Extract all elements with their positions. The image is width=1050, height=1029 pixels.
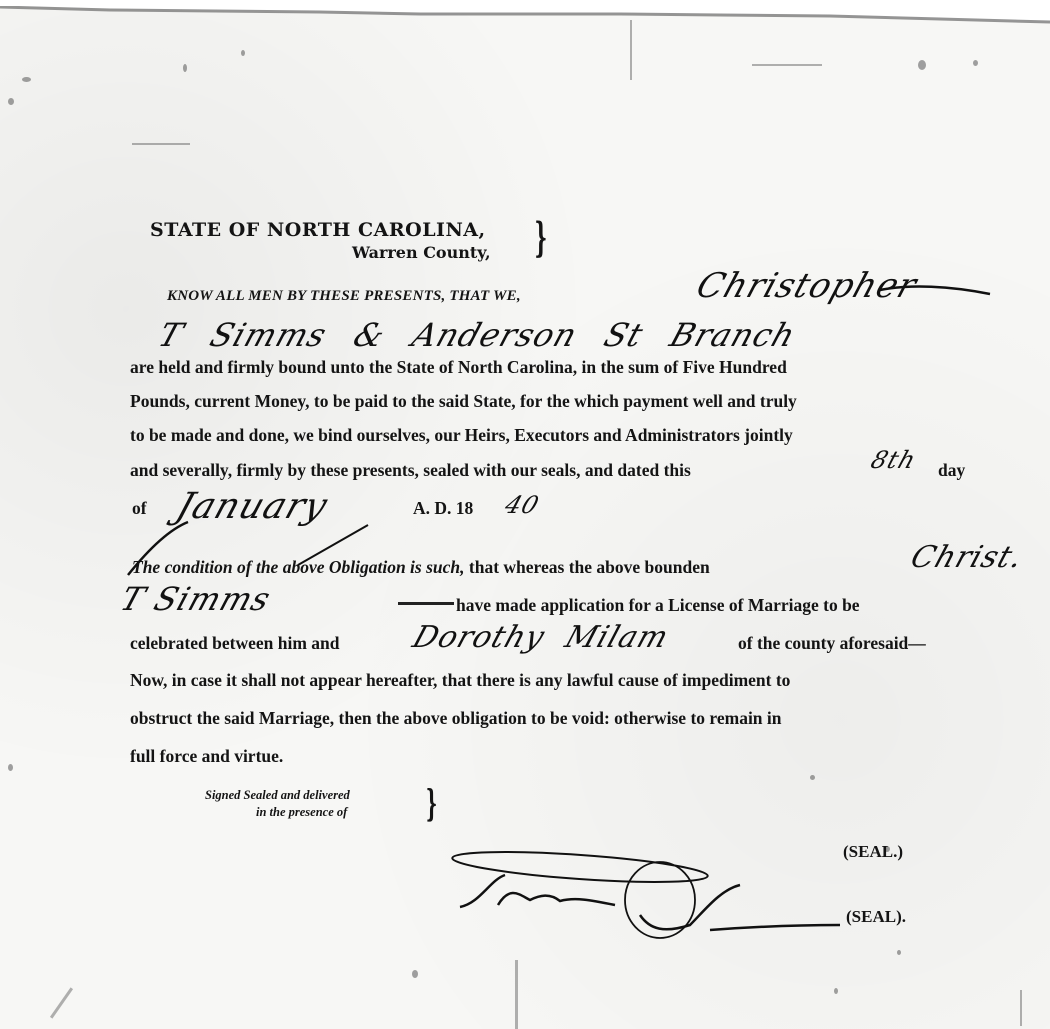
struck-through-word: [398, 602, 454, 605]
scan-scratch: [1020, 990, 1022, 1026]
scan-speck: [810, 775, 815, 780]
witness-line-2: in the presence of: [256, 805, 347, 820]
scan-speck: [183, 64, 187, 72]
scan-scratch: [132, 143, 190, 145]
page-top-edge: [0, 0, 1050, 24]
scan-speck: [412, 970, 418, 978]
condition-line-3a: celebrated between him and: [130, 633, 340, 654]
condition-line-6: full force and virtue.: [130, 746, 283, 767]
body-line-4: and severally, firmly by these presents,…: [130, 460, 691, 481]
scan-speck: [8, 98, 14, 105]
body-line-1: are held and firmly bound unto the State…: [130, 357, 787, 378]
body-line-3: to be made and done, we bind ourselves, …: [130, 425, 793, 446]
handwritten-flourish: [118, 520, 378, 580]
body-line-2: Pounds, current Money, to be paid to the…: [130, 391, 797, 412]
scan-speck: [918, 60, 926, 70]
handwritten-bounden-name: Christ.: [906, 540, 1028, 575]
condition-line-4: Now, in case it shall not appear hereaft…: [130, 670, 790, 691]
handwritten-day: 8th: [867, 446, 919, 474]
county-heading: Warren County,: [352, 243, 491, 262]
condition-line-5: obstruct the said Marriage, then the abo…: [130, 708, 782, 729]
handwritten-bride-name: Dorothy Milam: [408, 620, 673, 655]
handwritten-year: 40: [501, 491, 543, 519]
seal-2: (SEAL).: [846, 907, 906, 927]
scan-speck: [8, 764, 13, 771]
witness-brace: }: [426, 786, 438, 822]
witness-line-1: Signed Sealed and delivered: [205, 788, 350, 803]
of-label: of: [132, 498, 147, 519]
scan-speck: [897, 950, 901, 955]
seal-1: (SEAL.): [843, 842, 903, 862]
condition-lead-rest: that whereas the above bounden: [469, 557, 710, 577]
day-label: day: [938, 460, 965, 481]
scan-scratch: [752, 64, 822, 66]
scan-speck: [241, 50, 245, 56]
state-heading: STATE OF NORTH CAROLINA,: [150, 219, 486, 241]
header-brace: }: [534, 218, 547, 258]
handwritten-underline: [880, 282, 1000, 302]
scan-speck: [834, 988, 838, 994]
anno-domini-label: A. D. 18: [413, 498, 473, 519]
handwritten-bondsmen-names: T Simms & Anderson St Branch: [154, 316, 801, 354]
scan-speck: [973, 60, 978, 66]
condition-line-3b: of the county aforesaid—: [738, 633, 926, 654]
scan-scratch: [515, 960, 518, 1029]
document-page: STATE OF NORTH CAROLINA, Warren County, …: [0, 0, 1050, 1029]
signature-anderson-branch: [450, 845, 850, 945]
scan-scratch: [50, 987, 73, 1018]
condition-line-2: have made application for a License of M…: [456, 595, 860, 616]
scan-scratch: [630, 20, 632, 80]
scan-speck: [22, 77, 31, 82]
handwritten-groom-surname: T Simms: [116, 580, 276, 618]
opening-clause: KNOW ALL MEN BY THESE PRESENTS, THAT WE,: [167, 288, 521, 305]
